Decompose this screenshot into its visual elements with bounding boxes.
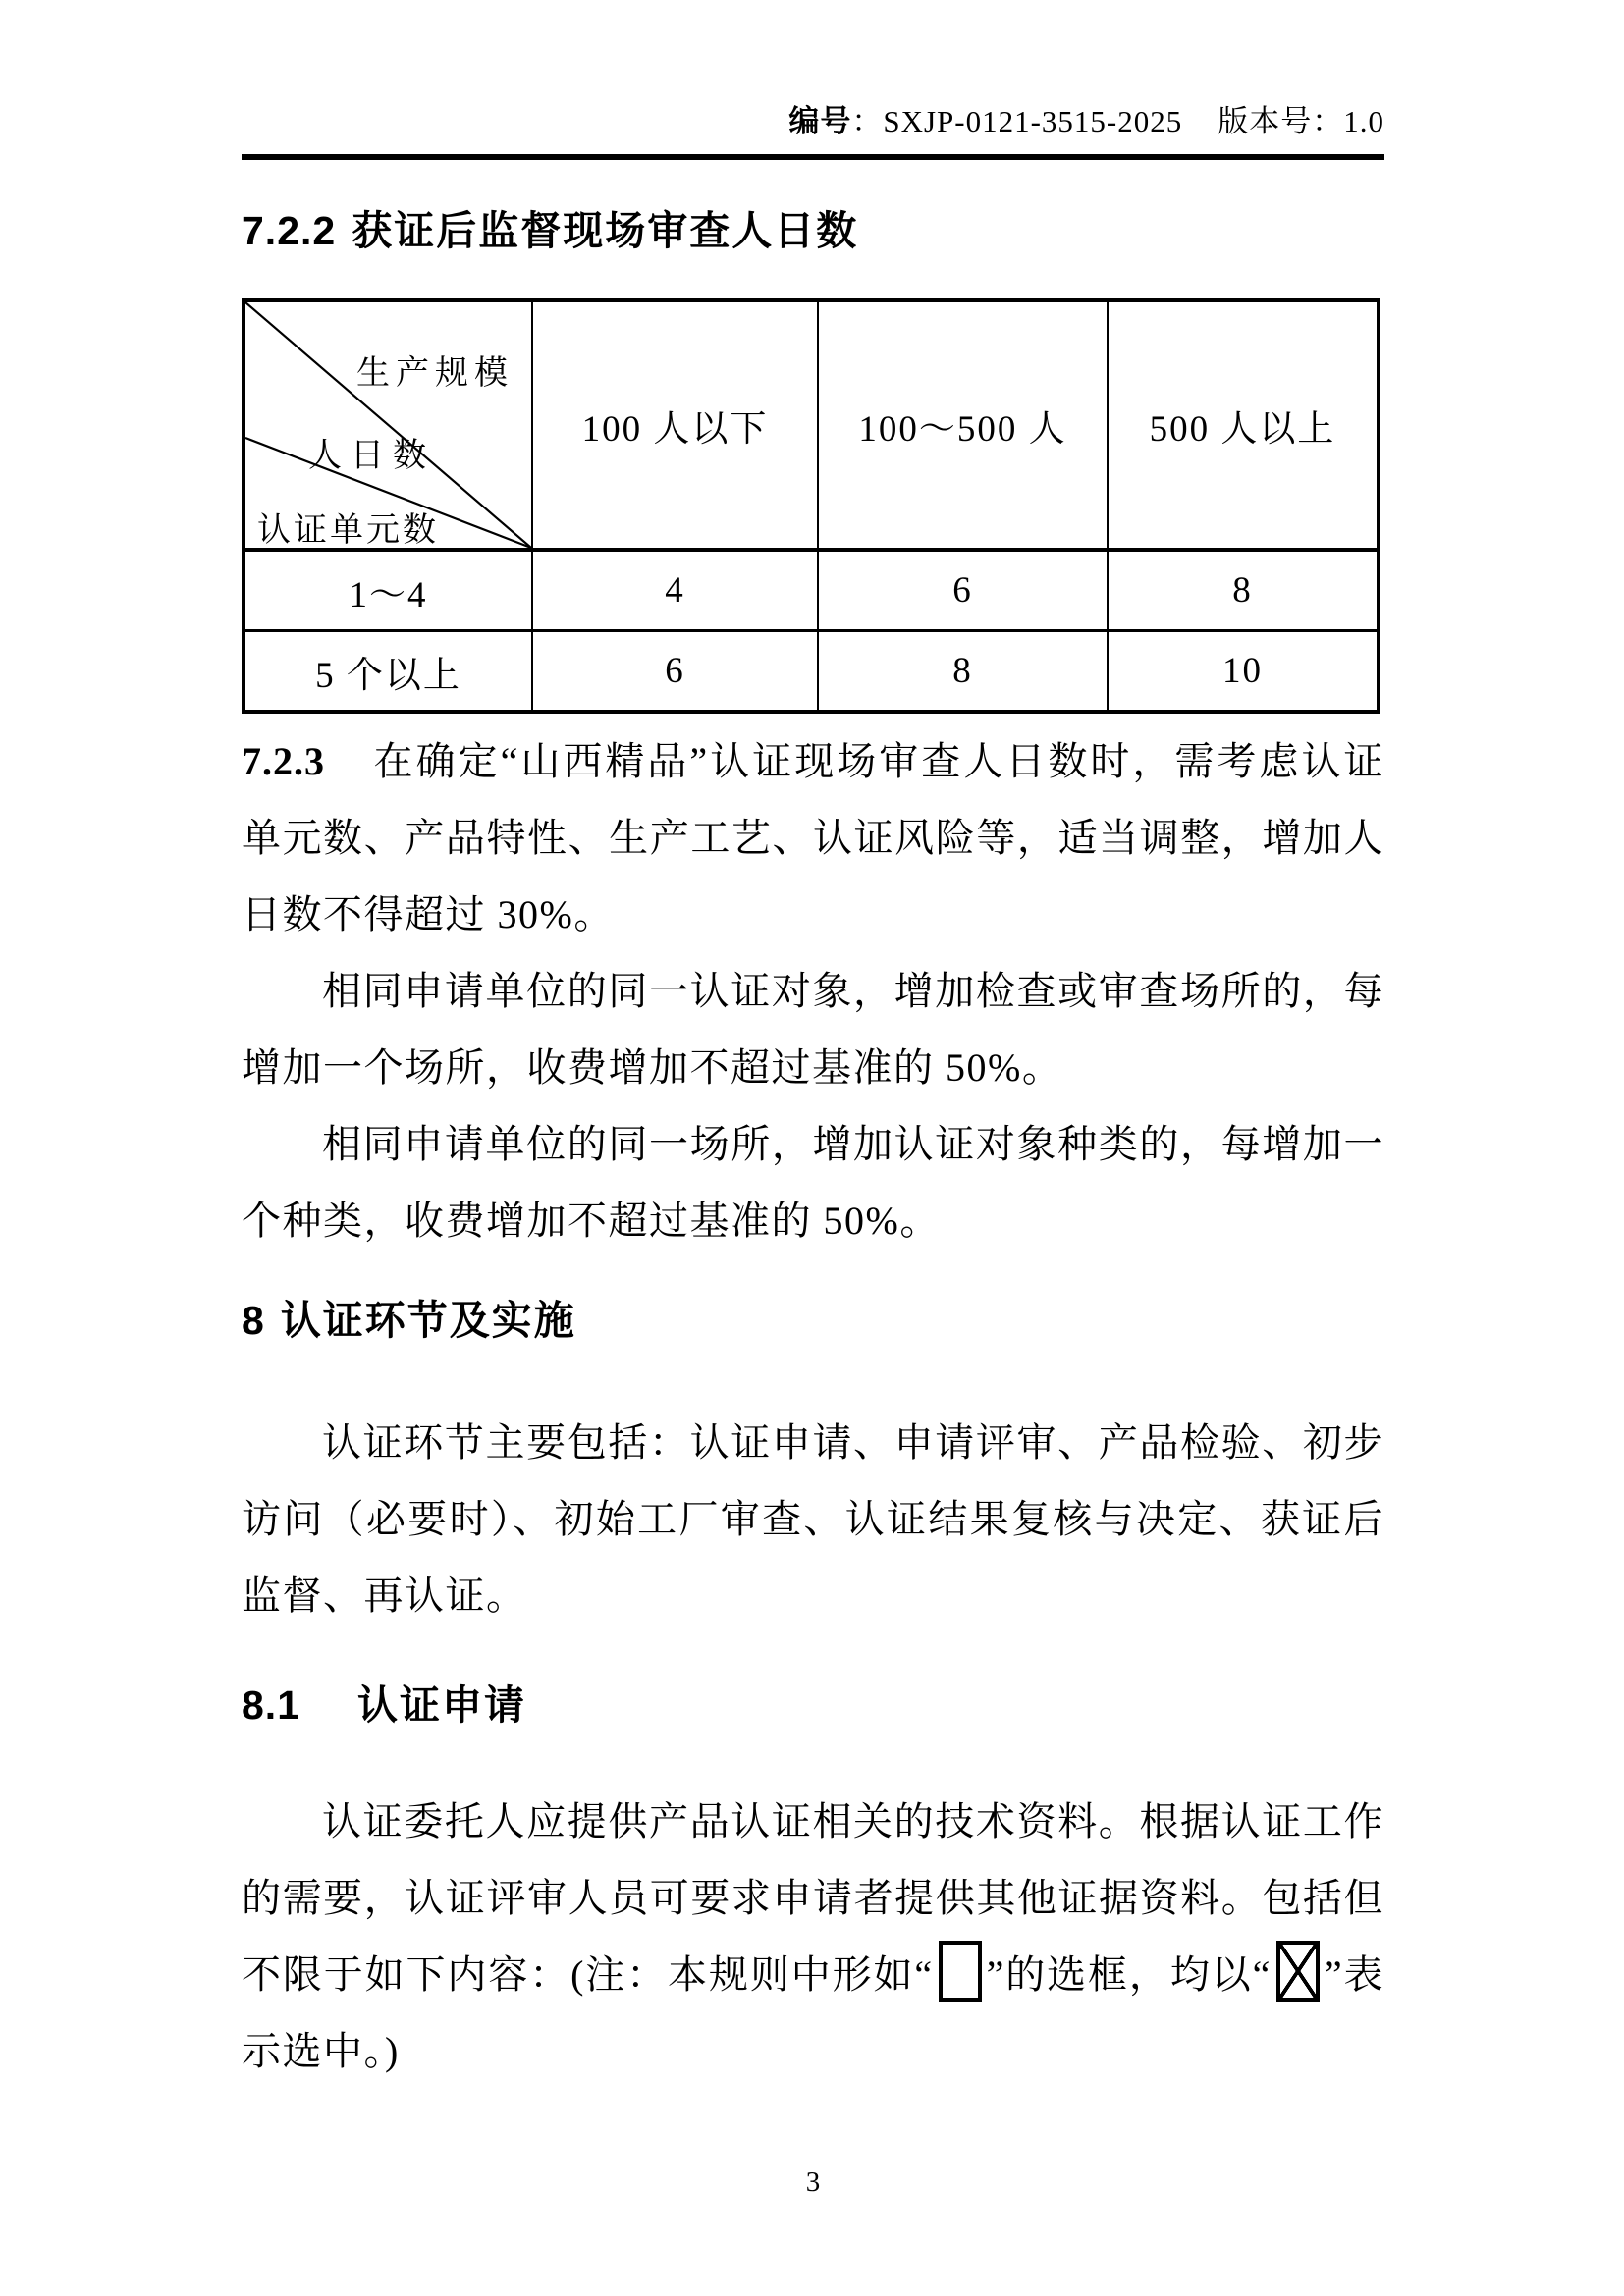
- section-heading-8: 8认证环节及实施: [242, 1299, 1384, 1342]
- table-corner-cell: 生产规模 人日数 认证单元数: [244, 300, 532, 550]
- table-header-row: 生产规模 人日数 认证单元数 100 人以下 100～500 人 500 人以上: [244, 300, 1379, 550]
- section-heading-722: 7.2.2获证后监督现场审查人日数: [242, 209, 1384, 252]
- section-number: 8: [242, 1298, 265, 1343]
- table-row: 5 个以上 6 8 10: [244, 631, 1379, 713]
- paragraph-site-increase: 相同申请单位的同一认证对象，增加检查或审查场所的，每增加一个场所，收费增加不超过…: [242, 953, 1384, 1106]
- table-cell: 4: [532, 550, 818, 631]
- row-label-5-plus: 5 个以上: [244, 631, 532, 713]
- section-heading-81: 8.1认证申请: [242, 1683, 1384, 1727]
- row-label-1-4: 1～4: [244, 550, 532, 631]
- checkbox-empty-icon: [939, 1941, 982, 2002]
- section-number: 8.1: [242, 1682, 300, 1728]
- page-content: 编号：SXJP-0121-3515-2025版本号：1.0 7.2.2获证后监督…: [242, 0, 1384, 2200]
- section-number: 7.2.2: [242, 208, 336, 253]
- doc-code-value: ：SXJP-0121-3515-2025: [851, 104, 1182, 138]
- doc-code-label: 编号: [788, 104, 851, 138]
- document-page: 编号：SXJP-0121-3515-2025版本号：1.0 7.2.2获证后监督…: [0, 0, 1624, 2296]
- table-cell: 6: [532, 631, 818, 713]
- section-title: 获证后监督现场审查人日数: [352, 208, 858, 253]
- corner-label-person-days: 人日数: [308, 428, 435, 476]
- audit-person-days-table: 生产规模 人日数 认证单元数 100 人以下 100～500 人 500 人以上…: [242, 298, 1380, 714]
- corner-label-production-scale: 生产规模: [356, 346, 514, 394]
- paragraph-723: 7.2.3在确定“山西精品”认证现场审查人日数时，需考虑认证单元数、产品特性、生…: [242, 723, 1384, 953]
- document-header: 编号：SXJP-0121-3515-2025版本号：1.0: [242, 0, 1384, 141]
- doc-version: 版本号：1.0: [1218, 104, 1384, 138]
- header-rule-divider: [242, 154, 1384, 160]
- section-title: 认证环节及实施: [281, 1298, 576, 1343]
- column-header-over-500: 500 人以上: [1108, 300, 1379, 550]
- page-number: 3: [242, 2164, 1384, 2200]
- paragraph-application: 认证委托人应提供产品认证相关的技术资料。根据认证工作的需要，认证评审人员可要求申…: [242, 1784, 1384, 2090]
- column-header-under-100: 100 人以下: [532, 300, 818, 550]
- table-cell: 8: [1108, 550, 1379, 631]
- corner-label-cert-unit-count: 认证单元数: [257, 503, 439, 551]
- table-cell: 10: [1108, 631, 1379, 713]
- section-title: 认证申请: [357, 1682, 526, 1728]
- checkbox-checked-icon: [1276, 1941, 1320, 2002]
- table-cell: 8: [818, 631, 1108, 713]
- table-cell: 6: [818, 550, 1108, 631]
- paragraph-text: ”的选框，均以“: [987, 1952, 1272, 1997]
- table-row: 1～4 4 6 8: [244, 550, 1379, 631]
- column-header-100-500: 100～500 人: [818, 300, 1108, 550]
- paragraph-number: 7.2.3: [242, 739, 325, 783]
- paragraph-text: 在确定“山西精品”认证现场审查人日数时，需考虑认证单元数、产品特性、生产工艺、认…: [242, 739, 1384, 936]
- paragraph-cert-steps: 认证环节主要包括：认证申请、申请评审、产品检验、初步访问（必要时）、初始工厂审查…: [242, 1405, 1384, 1634]
- paragraph-kind-increase: 相同申请单位的同一场所，增加认证对象种类的，每增加一个种类，收费增加不超过基准的…: [242, 1106, 1384, 1259]
